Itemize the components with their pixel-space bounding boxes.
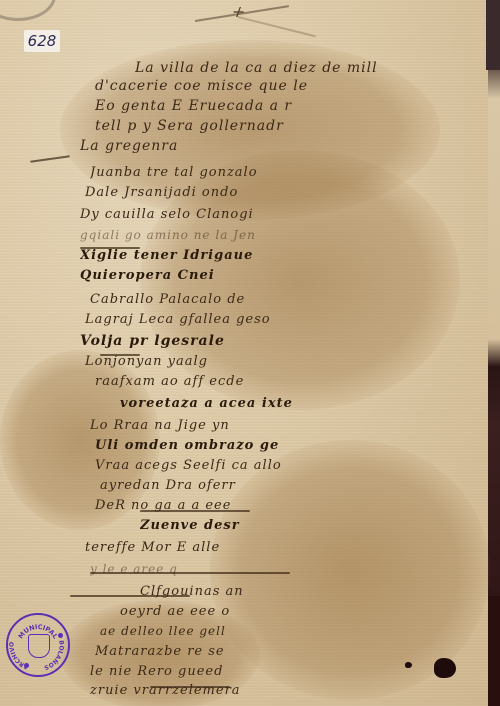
handwriting-line: Volja pr lgesrale — [80, 333, 400, 349]
handwriting-line: voreetaza a acea ixte — [120, 396, 420, 412]
page-edge-shadow-top — [486, 0, 500, 70]
handwriting-line: Lo Rraa na Jige yn — [90, 418, 400, 434]
ink-blot — [434, 658, 456, 678]
handwriting-line: Xiglie tener Idrigaue — [80, 248, 420, 264]
pen-stroke — [70, 595, 190, 597]
ink-blot — [405, 662, 412, 668]
handwriting-line: Uli omden ombrazo ge — [95, 438, 415, 454]
handwriting-line: Lonjonyan yaalg — [85, 354, 405, 370]
handwriting-line: gqiali go amino ne la Jen — [80, 228, 410, 244]
page-curl — [0, 0, 56, 21]
handwriting-line: tereffe Mor E alle — [85, 540, 405, 556]
archive-stamp: MUNICIPAL ARCHIVO BOLAÑOS — [6, 613, 70, 677]
handwriting-line: Dy cauilla selo Clanogi — [80, 207, 400, 223]
stamp-dot — [58, 633, 63, 638]
coat-of-arms-icon — [28, 634, 50, 658]
handwriting-line: La villa de la ca a diez de mill — [135, 60, 435, 76]
folio-number-label: 628 — [24, 30, 60, 52]
pen-stroke — [90, 572, 290, 574]
manuscript-page: 628 + La villa de la ca a diez de mill d… — [0, 0, 500, 706]
handwriting-line: Vraa acegs Seelfi ca allo — [95, 458, 425, 474]
handwriting-line: DeR no ga a a eee — [95, 498, 395, 514]
handwriting-line: ayredan Dra oferr — [100, 478, 400, 494]
handwriting-line: ae delleo llee gell — [100, 624, 400, 640]
handwriting-line: tell p y Sera gollernadr — [95, 118, 395, 134]
handwriting-line: Eo genta E Eruecada a r — [95, 98, 425, 114]
handwriting-line: Zuenve desr — [140, 518, 340, 534]
handwriting-line: oeyrd ae eee o — [120, 604, 400, 620]
handwriting-line: Cabrallo Palacalo de — [90, 292, 390, 308]
pen-stroke — [30, 155, 70, 162]
pen-stroke — [150, 686, 230, 688]
handwriting-line: Matrarazbe re se — [95, 644, 415, 660]
handwriting-line: raafxam ao aff ecde — [95, 374, 405, 390]
handwriting-line: zruie vrarrzelemera — [90, 683, 430, 699]
handwriting-line: Juanba tre tal gonzalo — [90, 165, 430, 181]
handwriting-line: le nie Rero gueed — [90, 664, 430, 680]
pen-stroke — [238, 16, 316, 37]
handwriting-line: Quieropera Cnei — [80, 268, 390, 284]
page-edge-shadow-bottom — [488, 596, 500, 706]
handwriting-line: Clfgouinas an — [140, 584, 400, 600]
stamp-dot — [24, 663, 29, 668]
pen-stroke — [140, 510, 250, 512]
handwriting-line: y le e aree q — [90, 562, 350, 578]
handwriting-line: Lagraj Leca gfallea geso — [85, 312, 405, 328]
pen-stroke — [80, 247, 140, 249]
handwriting-line: d'cacerie coe misce que le — [95, 78, 415, 94]
pen-stroke — [100, 354, 140, 356]
handwriting-line: La gregenra — [80, 138, 260, 154]
handwriting-line: Dale Jrsanijadi ondo — [85, 185, 395, 201]
